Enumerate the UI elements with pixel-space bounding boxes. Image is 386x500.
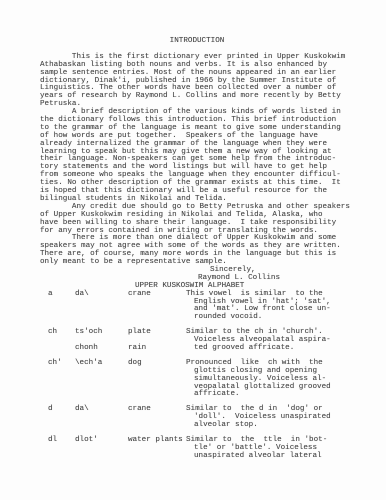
example-row: da\crane [75, 406, 186, 414]
alphabet-letter: ch' [48, 360, 75, 368]
alphabet-letter: ch [48, 329, 75, 337]
page-content: INTRODUCTION This is the first dictionar… [40, 38, 354, 461]
example-gloss: rain [128, 345, 146, 353]
example-gloss: plate [128, 329, 151, 337]
example-gloss: crane [128, 291, 151, 299]
example-row: ts'ochplate [75, 329, 186, 337]
example-row: da\crane [75, 291, 186, 299]
alphabet-examples: da\crane [75, 406, 186, 414]
alphabet-description: Similar to the d in 'dog' or'doll'. Voic… [186, 406, 354, 430]
example-gloss: crane [128, 406, 151, 414]
description-line: ted grooved affricate. [186, 345, 354, 353]
paragraph: A brief description of the various kinds… [40, 109, 354, 204]
example-row: chonhrain [75, 345, 186, 353]
example-word: ts'och [75, 329, 128, 337]
description-line: rounded vocoid. [186, 314, 354, 322]
example-row: dlot'water plants [75, 437, 186, 445]
scanned-document-page: INTRODUCTION This is the first dictionar… [0, 0, 386, 500]
alphabet-letter: a [48, 291, 75, 299]
paragraph-line: only meant to be a representative sample… [40, 259, 354, 267]
alphabet-entry: dldlot'water plantsSimilar to the ttle i… [40, 437, 354, 461]
alphabet-entry: chts'ochplatechonhrainSimilar to the ch … [40, 329, 354, 353]
page-title: INTRODUCTION [40, 38, 354, 46]
example-gloss: dog [128, 360, 142, 368]
example-word: chonh [75, 345, 128, 353]
example-word: dlot' [75, 437, 128, 445]
alphabet-examples: da\crane [75, 291, 186, 299]
alphabet-entry: ada\craneThis vowel is similar to theEng… [40, 291, 354, 323]
example-row: \ech'adog [75, 360, 186, 368]
alphabet-letter: d [48, 406, 75, 414]
alphabet-letter: dl [48, 437, 75, 445]
paragraph: Any credit due should go to Betty Petrus… [40, 204, 354, 236]
example-word: da\ [75, 291, 128, 299]
alphabet-description: Similar to the ttle in 'bot-tle' or 'bat… [186, 437, 354, 461]
description-line: unaspirated alveolar lateral [186, 453, 354, 461]
paragraph-line: years of research by Raymond L. Collins … [40, 93, 354, 101]
description-line: alveolar stop. [186, 422, 354, 430]
alphabet-entry: ch'\ech'adogPronounced like ch with theg… [40, 360, 354, 399]
paragraph: There is more than one dialect of Upper … [40, 235, 354, 267]
example-word: \ech'a [75, 360, 128, 368]
alphabet-entries: ada\craneThis vowel is similar to theEng… [40, 291, 354, 461]
paragraph: This is the first dictionary ever printe… [40, 54, 354, 109]
alphabet-description: This vowel is similar to theEnglish vowe… [186, 291, 354, 323]
alphabet-examples: \ech'adog [75, 360, 186, 368]
example-gloss: water plants [128, 437, 183, 445]
signature-block: Sincerely, Raymond L. Collins [40, 267, 354, 283]
alphabet-description: Similar to the ch in 'church'.Voiceless … [186, 329, 354, 353]
paragraphs: This is the first dictionary ever printe… [40, 54, 354, 267]
description-line: affricate. [186, 391, 354, 399]
alphabet-description: Pronounced like ch with theglottis closi… [186, 360, 354, 399]
alphabet-examples: dlot'water plants [75, 437, 186, 445]
alphabet-examples: ts'ochplatechonhrain [75, 329, 186, 353]
alphabet-entry: dda\craneSimilar to the d in 'dog' or'do… [40, 406, 354, 430]
example-word: da\ [75, 406, 128, 414]
